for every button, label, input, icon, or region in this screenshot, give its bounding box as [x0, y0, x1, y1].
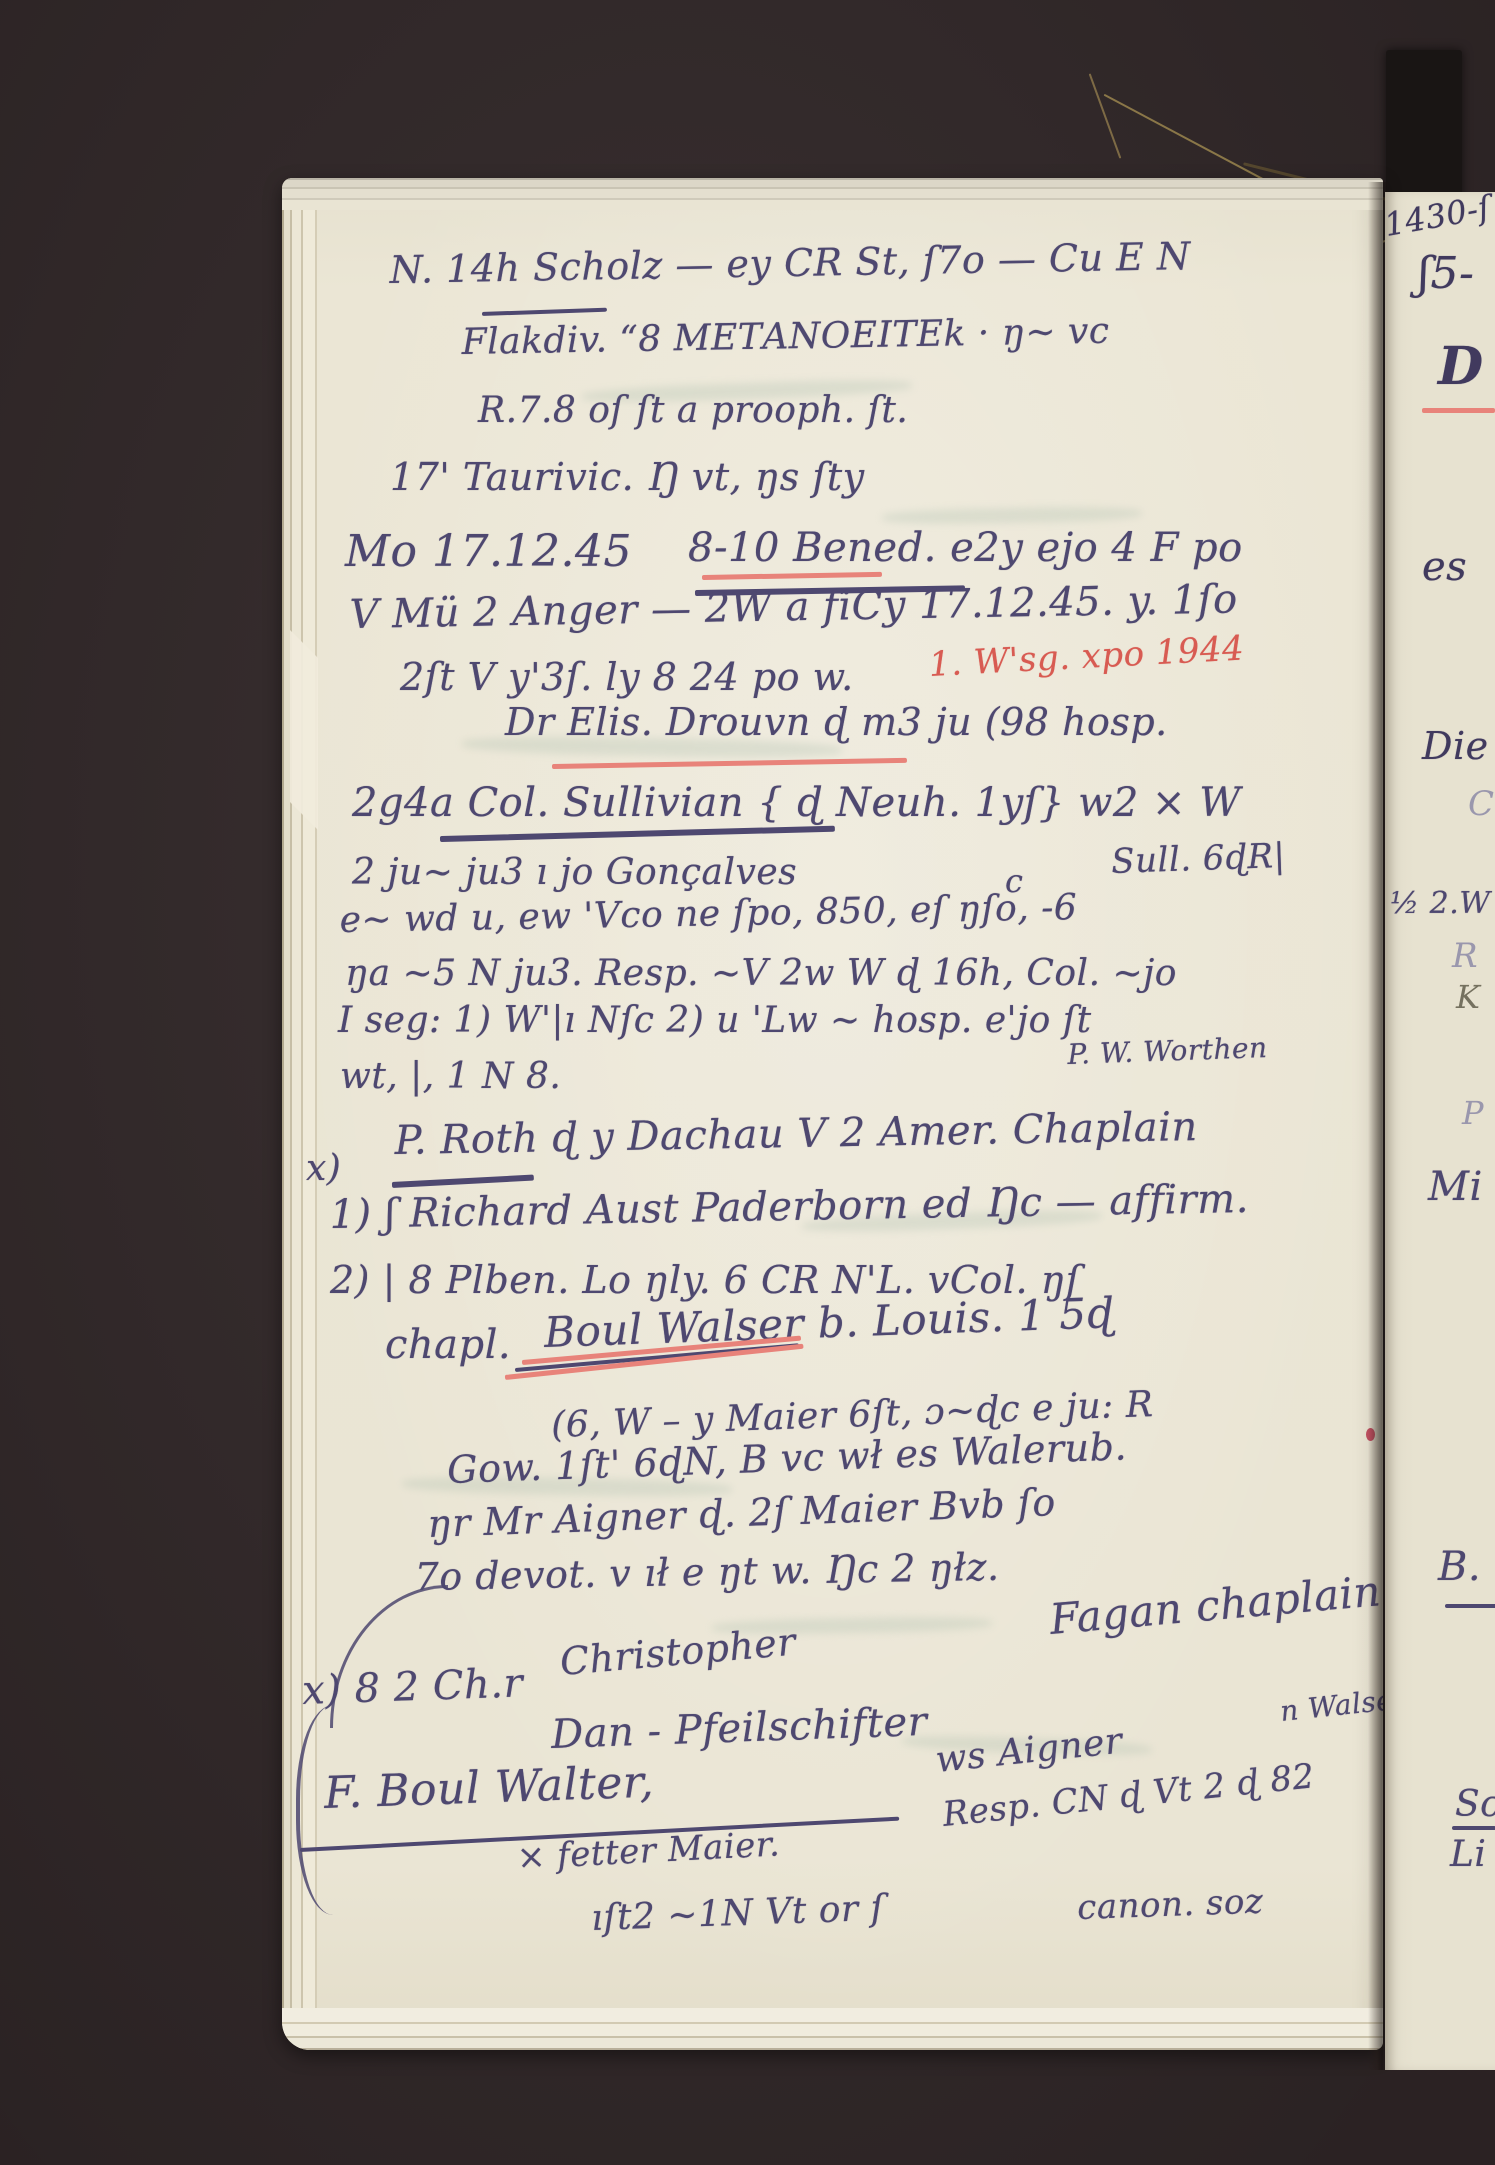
handwriting-line: ıſt2 ~1N Vt or ſ [591, 1888, 885, 1939]
handwriting-fragment: K [1456, 978, 1480, 1016]
handwriting-line-red: 1. W'sg. xpo 1944 [928, 629, 1245, 685]
handwriting-fragment: ½ 2.W w [1390, 886, 1495, 921]
straw-fiber [1089, 73, 1122, 158]
handwriting-line: P. W. Worthen [1067, 1031, 1268, 1071]
handwriting-line: 2ſt V y'3ſ. ly 8 24 po w. [400, 655, 854, 699]
handwriting-line: ŋa ~5 N ju3. Resp. ~V 2w W ɖ 16h, Col. ~… [345, 953, 1177, 994]
handwriting-fragment: 1430-ſ [1385, 192, 1493, 244]
handwriting-line: V Mü 2 Anger — 2W a fiCy 17.12.45. y. 1ſ… [349, 577, 1238, 638]
handwriting-fragment: C [1468, 784, 1495, 824]
ink-underline [392, 1175, 534, 1188]
ink-bleedthrough [882, 506, 1142, 526]
handwriting-line: Christopher [558, 1620, 797, 1684]
handwriting-line: Fagan chaplain [1048, 1566, 1383, 1644]
handwriting-line: Dan - Pfeilschifter [550, 1699, 928, 1758]
handwriting-fragment: P [1462, 1094, 1484, 1132]
page-edge-stack-bottom [282, 1994, 1383, 2050]
handwriting-line: Dr Elis. Drouvn ɖ m3 ju (98 hosp. [505, 700, 1168, 744]
handwriting-line: 1) ʃ Richard Aust Paderborn ed Ŋc — affi… [329, 1176, 1249, 1238]
handwriting-fragment: es [1422, 544, 1467, 590]
handwriting-line: chapl. [385, 1322, 511, 1368]
handwriting-line: ws Aigner [934, 1721, 1125, 1781]
red-underline [702, 572, 882, 580]
handwriting-line: N. 14h Scholz — ey CR St, ſ7o — Cu E N [389, 234, 1191, 292]
ink-underline [1452, 1826, 1495, 1830]
handwriting-line: 17' Taurivic. Ŋ vt, ŋs ſty [390, 455, 865, 499]
left-notebook-page: N. 14h Scholz — ey CR St, ſ7o — Cu E N F… [282, 178, 1383, 2050]
handwriting-line: P. Roth ɖ y Dachau V 2 Amer. Chaplain [394, 1104, 1198, 1164]
handwriting-line: canon. soz [1077, 1882, 1264, 1928]
handwriting-line: e~ wd u, ew 'Vco ne ſpo, 850, eſ ŋſo, -6 [339, 887, 1077, 941]
folded-page-corner [290, 630, 318, 830]
handwriting-line: R.7.8 oſ ſt a prooph. ſt. [478, 390, 908, 431]
handwriting-line: wt, |, 1 N 8. [340, 1056, 561, 1097]
ink-underline [482, 308, 607, 316]
handwriting-line: x) [306, 1148, 341, 1189]
handwriting-fragment: Die [1422, 724, 1489, 768]
handwriting-line: 8-10 Bened. e2y ejo 4 F po [688, 525, 1243, 571]
handwriting-line: 2g4a Col. Sullivian { ɖ Neuh. 1yſ} w2 × … [352, 780, 1241, 826]
handwriting-line: 7o devot. v ıł e ŋt w. Ŋc 2 ŋłz. [414, 1545, 1000, 1599]
red-underline [1422, 408, 1495, 413]
ink-underline [440, 826, 835, 842]
handwriting-fragment: Sc [1455, 1784, 1495, 1825]
handwriting-fragment: Mi [1428, 1164, 1483, 1210]
handwriting-line: Flakdiv. “8 ΜΕΤΑΝΟΕΙΤΕk · ŋ~ vc [461, 311, 1110, 363]
handwriting-fragment: B. [1438, 1544, 1481, 1590]
handwriting-fragment: ʃ5- [1418, 248, 1474, 299]
handwriting-line: × fetter Maier. [516, 1824, 781, 1878]
handwriting-line: Sull. 6ɖR| [1111, 836, 1287, 882]
handwriting-line: Mo 17.12.45 [345, 526, 632, 577]
ink-underline [1445, 1604, 1495, 1608]
photograph-of-open-notebook: { "scene": { "background_color": "#342a2… [0, 0, 1495, 2165]
red-underline [552, 758, 907, 769]
handwriting-line: I seg: 1) W'|ı Nſc 2) u 'Lw ~ hosp. e'jo… [338, 1000, 1092, 1041]
handwriting-fragment: D [1438, 336, 1484, 397]
handwriting-line: 2 ju~ ju3 ı jo Gonçalves [352, 852, 797, 893]
page-edge-stack-top [282, 178, 1383, 222]
notebook-spine-shadow [1386, 50, 1462, 200]
handwriting-fragment: Li [1450, 1834, 1486, 1875]
handwriting-fragment: R [1452, 936, 1478, 976]
right-notebook-page: 1430-ſ ʃ5- D es Die C ½ 2.W w R K P Mi B… [1385, 192, 1495, 2070]
handwriting-line: F. Boul Walter, [323, 1757, 655, 1819]
